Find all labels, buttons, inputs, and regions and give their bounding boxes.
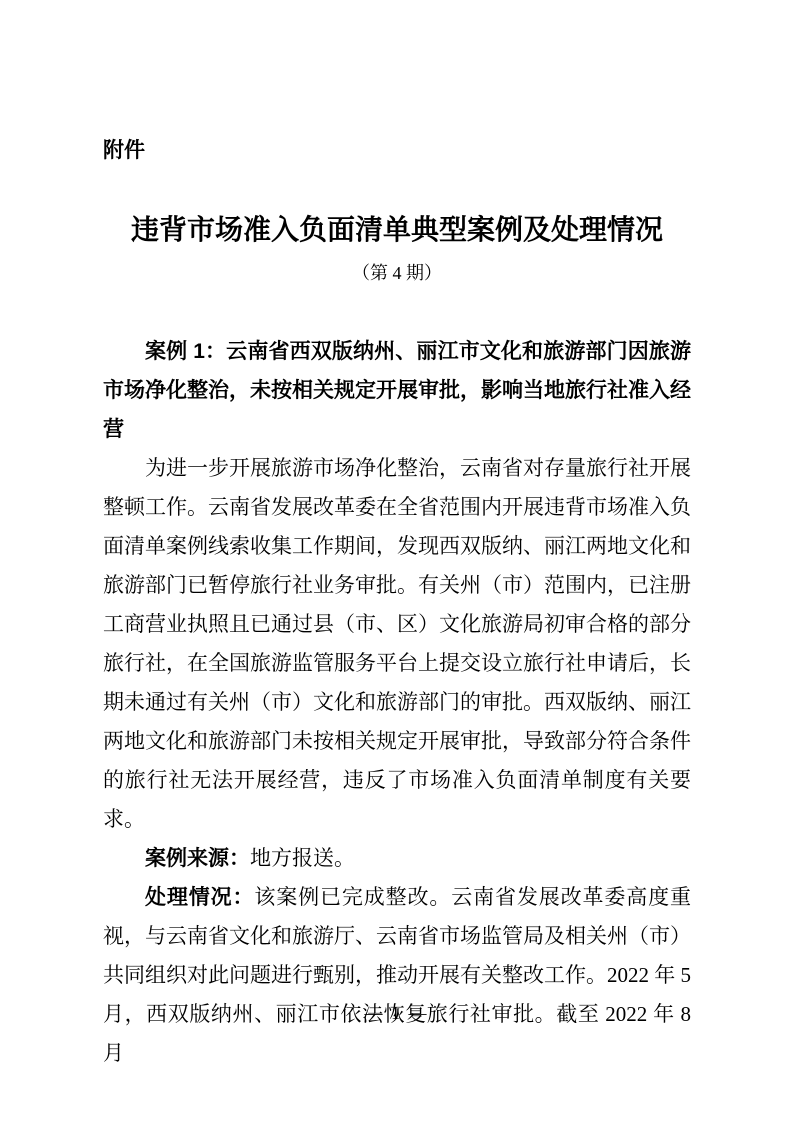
case-handling-label: 处理情况： [145,886,254,909]
attachment-label: 附件 [103,139,691,163]
document-page: 附件 违背市场准入负面清单典型案例及处理情况 （第 4 期） 案例 1：云南省西… [0,0,793,1122]
case-source-label: 案例来源： [145,847,250,870]
case-source-text: 地方报送。 [250,846,355,870]
page-number: — 1 — [0,1002,793,1024]
case1-body-paragraph: 为进一步开展旅游市场净化整治，云南省对存量旅行社开展整顿工作。云南省发展改革委在… [103,449,691,839]
case1-source-paragraph: 案例来源：地方报送。 [103,839,691,878]
case-handling-text: 该案例已完成整改。云南省发展改革委高度重视，与云南省文化和旅游厅、云南省市场监管… [103,885,691,1065]
case1-heading: 案例 1：云南省西双版纳州、丽江市文化和旅游部门因旅游市场净化整治，未按相关规定… [103,332,691,449]
case1-handling-paragraph: 处理情况：该案例已完成整改。云南省发展改革委高度重视，与云南省文化和旅游厅、云南… [103,878,691,1073]
document-issue-number: （第 4 期） [103,260,691,286]
document-title: 违背市场准入负面清单典型案例及处理情况 [103,212,691,248]
